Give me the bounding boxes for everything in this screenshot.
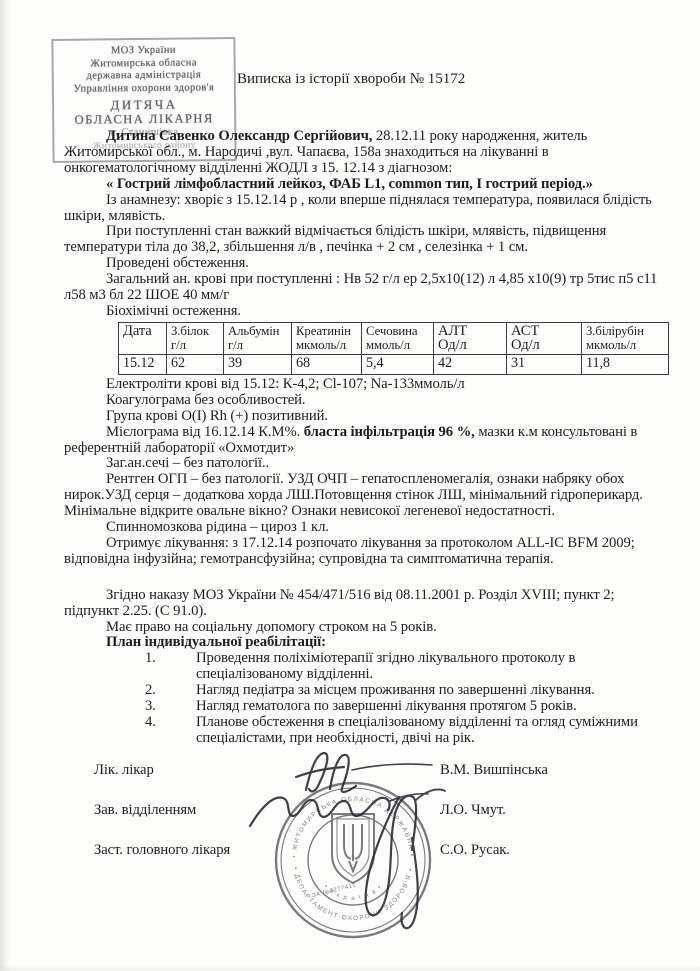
col-total-protein: З.білокг/л [167, 322, 224, 354]
table-data-row: 15.12 62 39 68 5,4 42 31 11,8 [119, 354, 669, 374]
round-seal [276, 783, 430, 937]
document-title: Виписка із історії хвороби № 15172 [237, 71, 465, 88]
cell-bilirubin: 11,8 [582, 354, 669, 374]
header-text: Альбумін [228, 324, 287, 339]
scanned-document-page: МОЗ України Житомирська обласна державна… [0, 0, 700, 971]
header-text: АСТ [511, 324, 577, 339]
myelogram-pre: Мієлограма від 16.12.14 К.М%. [106, 424, 304, 440]
intro-paragraph: Дитина Савенко Олександр Сергійович, 28.… [64, 129, 668, 177]
header-text: З.білірубін [586, 324, 664, 339]
header-unit: мкмоль/л [586, 338, 664, 353]
imaging-paragraph: Рентген ОГП – без патології. УЗД ОЧП – г… [64, 472, 668, 520]
cell-ast: 31 [507, 354, 582, 374]
plan-item-text: Нагляд педіатра за місцем проживання по … [196, 683, 651, 699]
seal-and-signatures-layer: • ЖИТОМИРСЬКА ОБЛАСНА ДЕРЖАВНА • • ДЕПАР… [0, 735, 700, 971]
col-albumin: Альбумінг/л [224, 322, 292, 354]
header-text: З.білок [171, 324, 219, 339]
electrolytes-line: Електроліти крові від 15.12: К-4,2; Cl-1… [64, 377, 668, 393]
csf-line: Спинномозкова рідина – цироз 1 кл. [64, 520, 668, 536]
plan-item-text: Проведення поліхіміотерапії згідно лікув… [196, 651, 651, 683]
cell-creatinine: 68 [292, 354, 362, 374]
cell-date: 15.12 [119, 354, 167, 374]
col-bilirubin: З.білірубінмкмоль/л [582, 322, 669, 354]
header-text: АЛТ [438, 324, 502, 339]
coagulogram-line: Коагулограма без особливостей. [64, 393, 668, 409]
col-date: Дата [119, 322, 167, 354]
order-paragraph: Згідно наказу МОЗ України № 454/471/516 … [64, 588, 668, 620]
exams-header: Проведені обстеження. [64, 256, 668, 272]
header-unit: ммоль/л [366, 338, 429, 353]
col-ast: АСТОд/л [507, 322, 582, 354]
plan-item-number: 3. [145, 699, 196, 715]
signature-ink-attending [296, 753, 432, 792]
blood-group-line: Група крові О(І) Rh (+) позитивний. [64, 409, 668, 425]
cell-total-protein: 62 [167, 354, 224, 374]
header-text: Дата [123, 324, 162, 339]
patient-name: Дитина Савенко Олександр Сергійович, [106, 128, 372, 144]
col-alt: АЛТОд/л [434, 322, 507, 354]
myelogram-bold: бласта інфільтрація 96 %, [304, 424, 475, 440]
cbc-paragraph: Загальний ан. крові при поступленні : Нв… [64, 272, 668, 304]
header-unit: мкмоль/л [296, 338, 357, 353]
cell-albumin: 39 [224, 354, 292, 374]
trident-icon [344, 824, 362, 871]
col-creatinine: Креатинінмкмоль/л [292, 322, 362, 354]
cell-alt: 42 [434, 354, 507, 374]
plan-item-number: 1. [145, 651, 196, 683]
biochem-header: Біохімічні остеження. [64, 304, 668, 320]
plan-item-1: 1. Проведення поліхіміотерапії згідно лі… [64, 651, 668, 683]
trident-shield-icon [332, 814, 374, 883]
table-header-row: Дата З.білокг/л Альбумінг/л Креатинінмкм… [119, 322, 669, 354]
plan-item-number: 2. [145, 683, 196, 699]
stamp-line: Управління охорони здоров'я [57, 82, 231, 96]
header-unit: Од/л [511, 338, 577, 353]
treatment-paragraph: Отримує лікування: з 17.12.14 розпочато … [64, 536, 668, 568]
header-unit: Од/л [438, 338, 502, 353]
plan-item-text: Нагляд гематолога по завершенні лікуванн… [196, 699, 651, 715]
header-unit: г/л [171, 338, 219, 353]
cell-urea: 5,4 [362, 354, 434, 374]
urine-line: Заг.ан.сечі – без патології.. [64, 456, 668, 472]
header-text: Креатинін [296, 324, 357, 339]
diagnosis-line: « Гострий лімфобластний лейкоз, ФАБ L1, … [64, 177, 668, 193]
header-text: Сечовина [366, 324, 429, 339]
anamnesis-paragraph: Із анамнезу: хворіє з 15.12.14 р , коли … [64, 193, 668, 225]
biochemistry-table: Дата З.білокг/л Альбумінг/л Креатинінмкм… [118, 322, 669, 375]
header-unit: г/л [228, 338, 287, 353]
plan-item-2: 2. Нагляд педіатра за місцем проживання … [64, 683, 668, 699]
myelogram-paragraph: Мієлограма від 16.12.14 К.М%. бласта інф… [64, 425, 668, 457]
admission-paragraph: При поступленні стан важкий відмічається… [64, 224, 668, 256]
col-urea: Сечовинаммоль/л [362, 322, 434, 354]
plan-title: План індивідуальної реабілітації: [64, 635, 668, 651]
social-benefit-line: Має право на соціальну допомогу строком … [64, 620, 668, 636]
plan-item-3: 3. Нагляд гематолога по завершенні лікув… [64, 699, 668, 715]
